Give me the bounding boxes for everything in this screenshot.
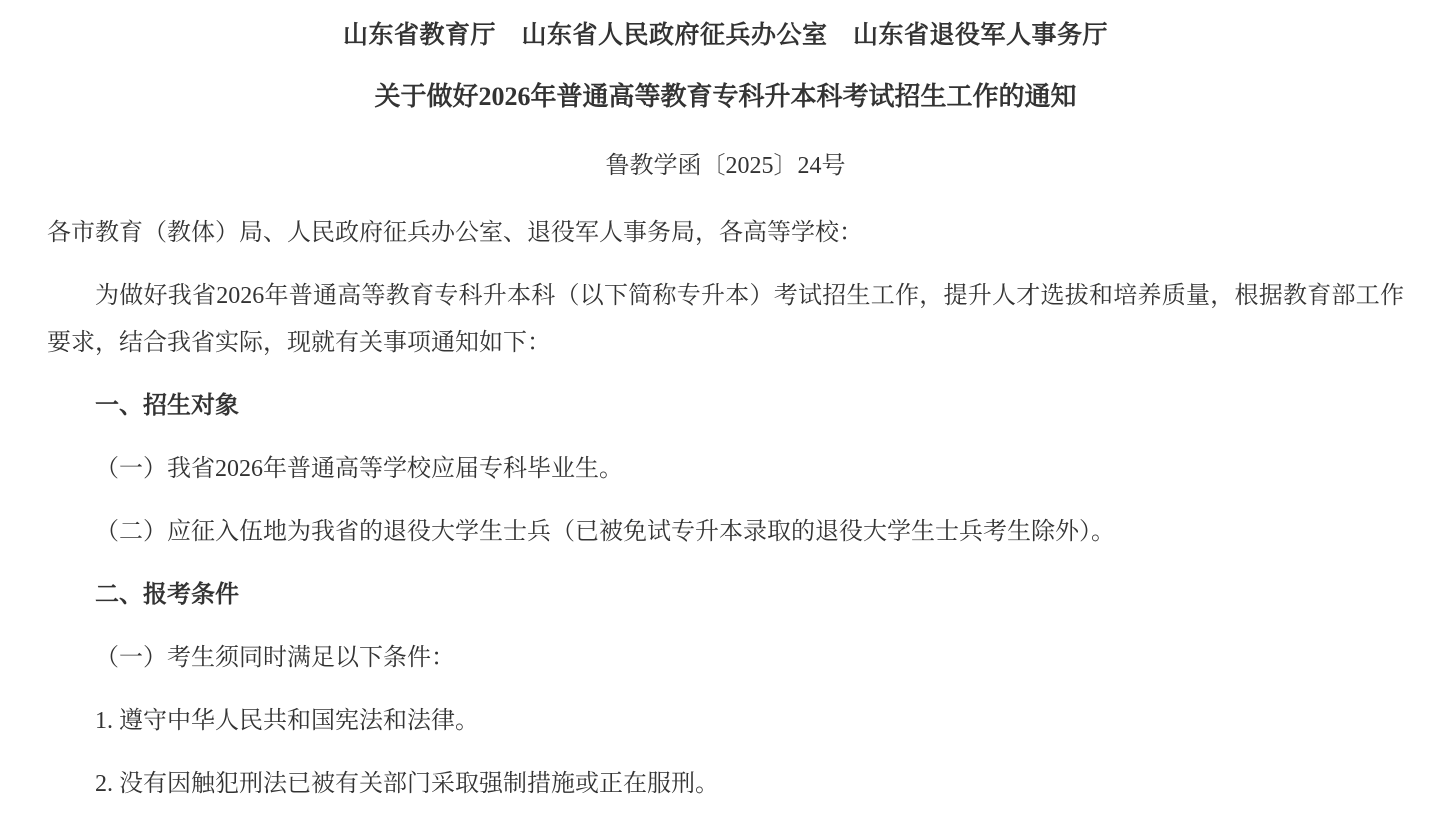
section2-item-3: 2. 没有因触犯刑法已被有关部门采取强制措施或正在服刑。 bbox=[47, 761, 1404, 808]
notice-document: 山东省教育厅 山东省人民政府征兵办公室 山东省退役军人事务厅 关于做好2026年… bbox=[0, 0, 1449, 837]
issuing-orgs-line: 山东省教育厅 山东省人民政府征兵办公室 山东省退役军人事务厅 bbox=[47, 14, 1404, 58]
section1-item-1: （一）我省2026年普通高等学校应届专科毕业生。 bbox=[47, 446, 1404, 493]
intro-paragraph: 为做好我省2026年普通高等教育专科升本科（以下简称专升本）考试招生工作，提升人… bbox=[47, 273, 1404, 367]
section2-item-2: 1. 遵守中华人民共和国宪法和法律。 bbox=[47, 698, 1404, 745]
section-heading-application-conditions: 二、报考条件 bbox=[47, 572, 1404, 619]
notice-title: 关于做好2026年普通高等教育专科升本科考试招生工作的通知 bbox=[47, 74, 1404, 120]
section2-item-1: （一）考生须同时满足以下条件： bbox=[47, 635, 1404, 682]
section1-item-2: （二）应征入伍地为我省的退役大学生士兵（已被免试专升本录取的退役大学生士兵考生除… bbox=[47, 509, 1404, 556]
doc-number: 鲁教学函〔2025〕24号 bbox=[47, 144, 1404, 188]
section-heading-enrollment-targets: 一、招生对象 bbox=[47, 383, 1404, 430]
salutation-line: 各市教育（教体）局、人民政府征兵办公室、退役军人事务局，各高等学校： bbox=[47, 210, 1404, 257]
